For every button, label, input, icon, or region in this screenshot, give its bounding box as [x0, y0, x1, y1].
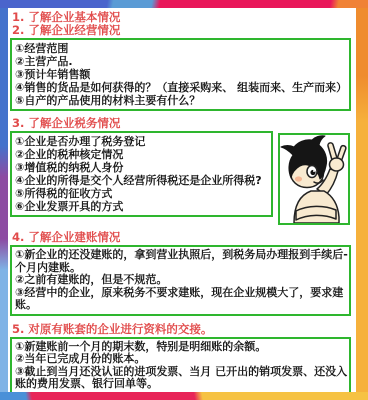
business-info-box: ①经营范围 ②主营产品. ③预计年销售额 ④销售的货品是如何获得的？（直接采购来…	[10, 38, 351, 111]
list-item: 账的费用发票、银行回单等。	[15, 378, 346, 391]
list-item: ②当年已完成月份的账本。	[15, 353, 346, 366]
frame-right-bar	[356, 6, 368, 394]
list-item: ④销售的货品是如何获得的？（直接采购来、 组装而来、生产而来）	[15, 81, 346, 94]
astro-boy-illustration	[280, 135, 348, 223]
list-item: ③增值税的纳税人身份	[15, 161, 268, 174]
heading-account-setup: 4. 了解企业建账情况	[12, 231, 356, 244]
handover-box: ①新建账前一个月的期末数，特别是明细账的余额。 ②当年已完成月份的账本。 ③截止…	[10, 337, 351, 395]
list-item: ⑥企业发票开具的方式	[15, 200, 268, 213]
frame-top-bar	[0, 0, 368, 8]
checklist-poster: 1. 了解企业基本情况 2. 了解企业经营情况 ①经营范围 ②主营产品. ③预计…	[0, 0, 368, 400]
list-item: 账。	[15, 299, 346, 312]
heading-operating-info: 2. 了解企业经营情况	[12, 24, 356, 37]
heading-data-handover: 5. 对原有账套的企业进行资料的交接。	[12, 323, 356, 336]
list-item: ⑤自产的产品使用的材料主要有什么？	[15, 94, 346, 107]
list-item: ②主营产品.	[15, 55, 346, 68]
list-item: ②之前有建账的，但是不规范。	[15, 274, 346, 287]
mascot-box	[278, 133, 350, 225]
list-item: ①新企业的还没建账的，拿到营业执照后，到税务局办理报到手续后-	[15, 249, 346, 262]
list-item: ①企业是否办理了税务登记	[15, 135, 268, 148]
list-item: ②企业的税种核定情况	[15, 148, 268, 161]
list-item: ③预计年销售额	[15, 68, 346, 81]
frame-bottom-bar	[0, 392, 368, 400]
tax-info-box: ①企业是否办理了税务登记 ②企业的税种核定情况 ③增值税的纳税人身份 ④企业的所…	[10, 131, 273, 217]
list-item: ④企业的所得是交个人经营所得税还是企业所得税?	[15, 174, 268, 187]
content-area: 1. 了解企业基本情况 2. 了解企业经营情况 ①经营范围 ②主营产品. ③预计…	[8, 8, 356, 392]
heading-tax-info: 3. 了解企业税务情况	[12, 117, 356, 130]
list-item: ⑤所得税的征收方式	[15, 187, 268, 200]
list-item: ③经营中的企业，原来税务不要求建账，现在企业规模大了，要求建	[15, 287, 346, 300]
frame-left-bar	[0, 6, 8, 394]
account-setup-box: ①新企业的还没建账的，拿到营业执照后，到税务局办理报到手续后- 个月内建账。 ②…	[10, 245, 351, 316]
list-item: ①经营范围	[15, 42, 346, 55]
